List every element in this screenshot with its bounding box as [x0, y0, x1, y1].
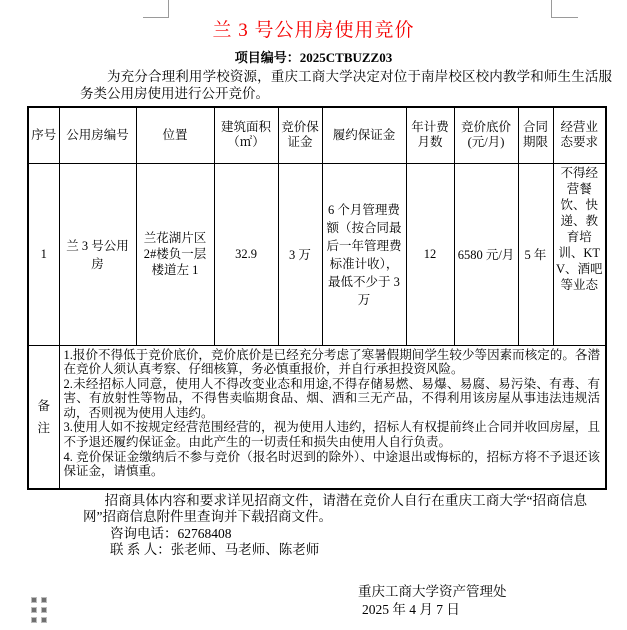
cell-area: 32.9 — [214, 163, 278, 345]
contact-line: 联 系 人：张老师、马老师、陈老师 — [110, 542, 627, 558]
col-header-business-req: 经营业态要求 — [553, 107, 606, 163]
table-anchor-handle-icon — [32, 598, 46, 622]
cell-business-req: 不得经营餐饮、快递、教育培训、KTV、酒吧等业态 — [553, 163, 606, 345]
col-header-performance-bond: 履约保证金 — [322, 107, 406, 163]
col-header-floor-price: 竞价底价 (元/月) — [454, 107, 518, 163]
cell-contract-term: 5 年 — [518, 163, 553, 345]
col-header-area: 建筑面积 （㎡） — [214, 107, 278, 163]
project-number-line: 项目编号：2025CTBUZZ03 — [0, 47, 627, 66]
cell-floor-price: 6580 元/月 — [454, 163, 518, 345]
col-header-bid-deposit: 竞价保证金 — [278, 107, 322, 163]
page-margin-corner-mark-left — [143, 0, 169, 18]
note-item-2: 2.未经招标人同意，使用人不得改变业态和用途,不得存储易燃、易爆、易腐、易污染、… — [64, 377, 601, 421]
document-page: 兰 3 号公用房使用竞价 项目编号：2025CTBUZZ03 为充分合理利用学校… — [0, 0, 627, 630]
doc-note-paragraph: 招商具体内容和要求详见招商文件，请潜在竞价人自行在重庆工商大学“招商信息网”招商… — [83, 493, 587, 524]
project-number-value: 2025CTBUZZ03 — [300, 50, 392, 65]
col-header-seq: 序号 — [28, 107, 59, 163]
phone-line: 咨询电话：62768408 — [110, 526, 627, 542]
project-number-label: 项目编号： — [235, 50, 300, 65]
contact-names: 张老师、马老师、陈老师 — [171, 542, 320, 557]
notes-label: 备注 — [28, 345, 59, 489]
page-margin-corner-mark-right — [551, 0, 578, 18]
cell-seq: 1 — [28, 163, 59, 345]
contact-label: 联 系 人： — [110, 542, 171, 557]
col-header-contract-term: 合同期限 — [518, 107, 553, 163]
note-item-1: 1.报价不得低于竞价底价，竞价底价是已经充分考虑了寒暑假期间学生较少等因素而核定… — [64, 348, 601, 377]
cell-bid-deposit: 3 万 — [278, 163, 322, 345]
intro-paragraph: 为充分合理利用学校资源，重庆工商大学决定对位于南岸校区校内教学和师生生活服务类公… — [80, 68, 612, 102]
col-header-house-no: 公用房编号 — [59, 107, 136, 163]
cell-performance-bond: 6 个月管理费额（按合同最后一年管理费标准计收），最低不少于 3 万 — [322, 163, 406, 345]
issue-date: 2025 年 4 月 7 日 — [362, 602, 627, 618]
table-row: 1 兰 3 号公用房 兰花湖片区 2#楼负一层 楼道左 1 32.9 3 万 6… — [28, 163, 606, 345]
note-item-3: 3.使用人如不按规定经营范围经营的，视为使用人违约，招标人有权提前终止合同并收回… — [64, 420, 601, 449]
cell-house-no: 兰 3 号公用房 — [59, 163, 136, 345]
notes-label-text: 备注 — [38, 395, 51, 439]
bidding-table: 序号 公用房编号 位置 建筑面积 （㎡） 竞价保证金 履约保证金 年计费月数 竞… — [27, 106, 607, 490]
phone-value: 62768408 — [178, 526, 232, 541]
cell-billing-months: 12 — [406, 163, 454, 345]
col-header-location: 位置 — [136, 107, 214, 163]
col-header-billing-months: 年计费月数 — [406, 107, 454, 163]
cell-location: 兰花湖片区 2#楼负一层 楼道左 1 — [136, 163, 214, 345]
page-title: 兰 3 号公用房使用竞价 — [0, 0, 627, 42]
notes-row: 备注 1.报价不得低于竞价底价，竞价底价是已经充分考虑了寒暑假期间学生较少等因素… — [28, 345, 606, 489]
phone-label: 咨询电话： — [110, 526, 178, 541]
issuing-org: 重庆工商大学资产管理处 — [358, 584, 627, 600]
table-header-row: 序号 公用房编号 位置 建筑面积 （㎡） 竞价保证金 履约保证金 年计费月数 竞… — [28, 107, 606, 163]
notes-cell: 1.报价不得低于竞价底价，竞价底价是已经充分考虑了寒暑假期间学生较少等因素而核定… — [59, 345, 606, 489]
note-item-4: 4. 竞价保证金缴纳后不参与竞价（报名时迟到的除外）、中途退出或悔标的，招标方将… — [64, 450, 601, 479]
